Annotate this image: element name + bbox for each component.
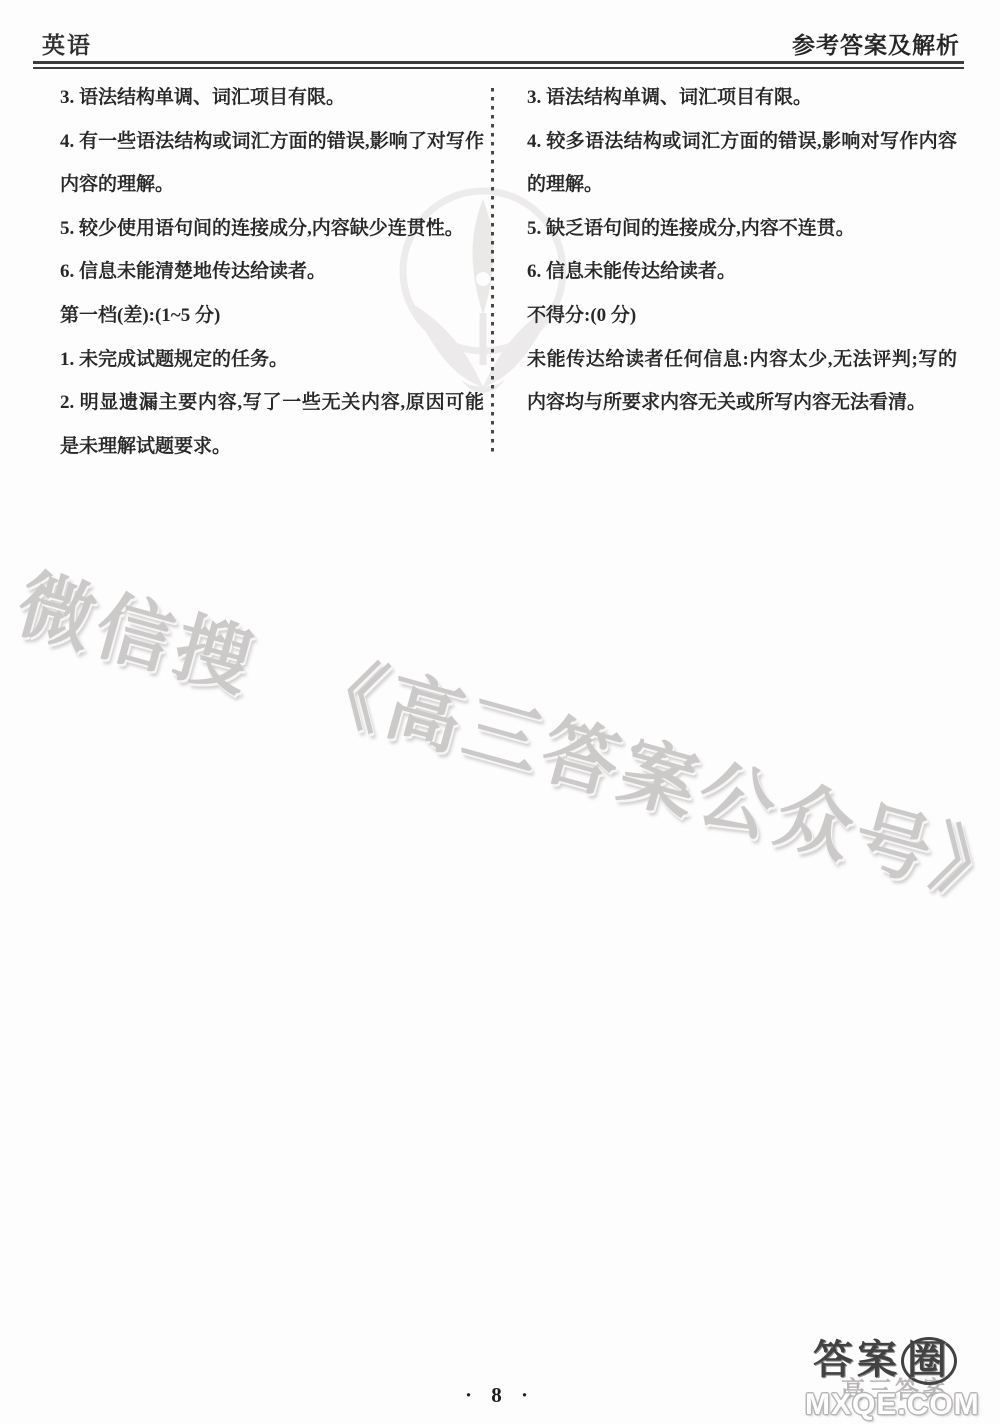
scoring-criterion: 4. 较多语法结构或词汇方面的错误,影响对写作内容的理解。 — [527, 120, 957, 207]
scoring-criterion: 3. 语法结构单调、词汇项目有限。 — [527, 76, 957, 120]
scoring-criterion: 1. 未完成试题规定的任务。 — [60, 338, 484, 382]
page-header: 英语 参考答案及解析 — [42, 27, 960, 60]
scoring-column-left: 3. 语法结构单调、词汇项目有限。 4. 有一些语法结构或词汇方面的错误,影响了… — [60, 76, 484, 468]
scanned-answer-page: 英语 参考答案及解析 3. 语法结构单调、词汇项目有限。 4. 有一些语法结构或… — [0, 0, 1000, 1424]
scoring-criterion: 5. 较少使用语句间的连接成分,内容缺少连贯性。 — [60, 207, 484, 251]
column-divider — [491, 88, 494, 456]
scoring-criterion: 3. 语法结构单调、词汇项目有限。 — [60, 76, 484, 120]
subject-title: 英语 — [42, 27, 92, 60]
answer-circle-logo: 高三答案 答案圈 MXQE.COM — [799, 1324, 994, 1424]
scoring-criterion: 2. 明显遗漏主要内容,写了一些无关内容,原因可能是未理解试题要求。 — [60, 381, 484, 468]
scoring-criterion: 4. 有一些语法结构或词汇方面的错误,影响了对写作内容的理解。 — [60, 120, 484, 207]
diagonal-watermark-text: 微信搜 《高三答案公众号》 — [7, 543, 1000, 923]
scoring-criterion: 6. 信息未能传达给读者。 — [527, 250, 957, 294]
scoring-criterion: 6. 信息未能清楚地传达给读者。 — [60, 250, 484, 294]
logo-brand: 答案圈 — [813, 1328, 957, 1385]
scoring-column-right: 3. 语法结构单调、词汇项目有限。 4. 较多语法结构或词汇方面的错误,影响对写… — [527, 76, 957, 425]
score-band-heading: 不得分:(0 分) — [527, 294, 957, 338]
header-double-rule — [33, 61, 964, 69]
scoring-criterion: 5. 缺乏语句间的连接成分,内容不连贯。 — [527, 207, 957, 251]
logo-brand-text: 答案 — [813, 1337, 901, 1382]
score-band-heading: 第一档(差):(1~5 分) — [60, 294, 484, 338]
logo-brand-mark: 圈 — [901, 1337, 957, 1385]
answer-key-title: 参考答案及解析 — [792, 27, 960, 60]
logo-domain: MXQE.COM — [805, 1388, 980, 1422]
scoring-criterion: 未能传达给读者任何信息:内容太少,无法评判;写的内容均与所要求内容无关或所写内容… — [527, 338, 957, 425]
